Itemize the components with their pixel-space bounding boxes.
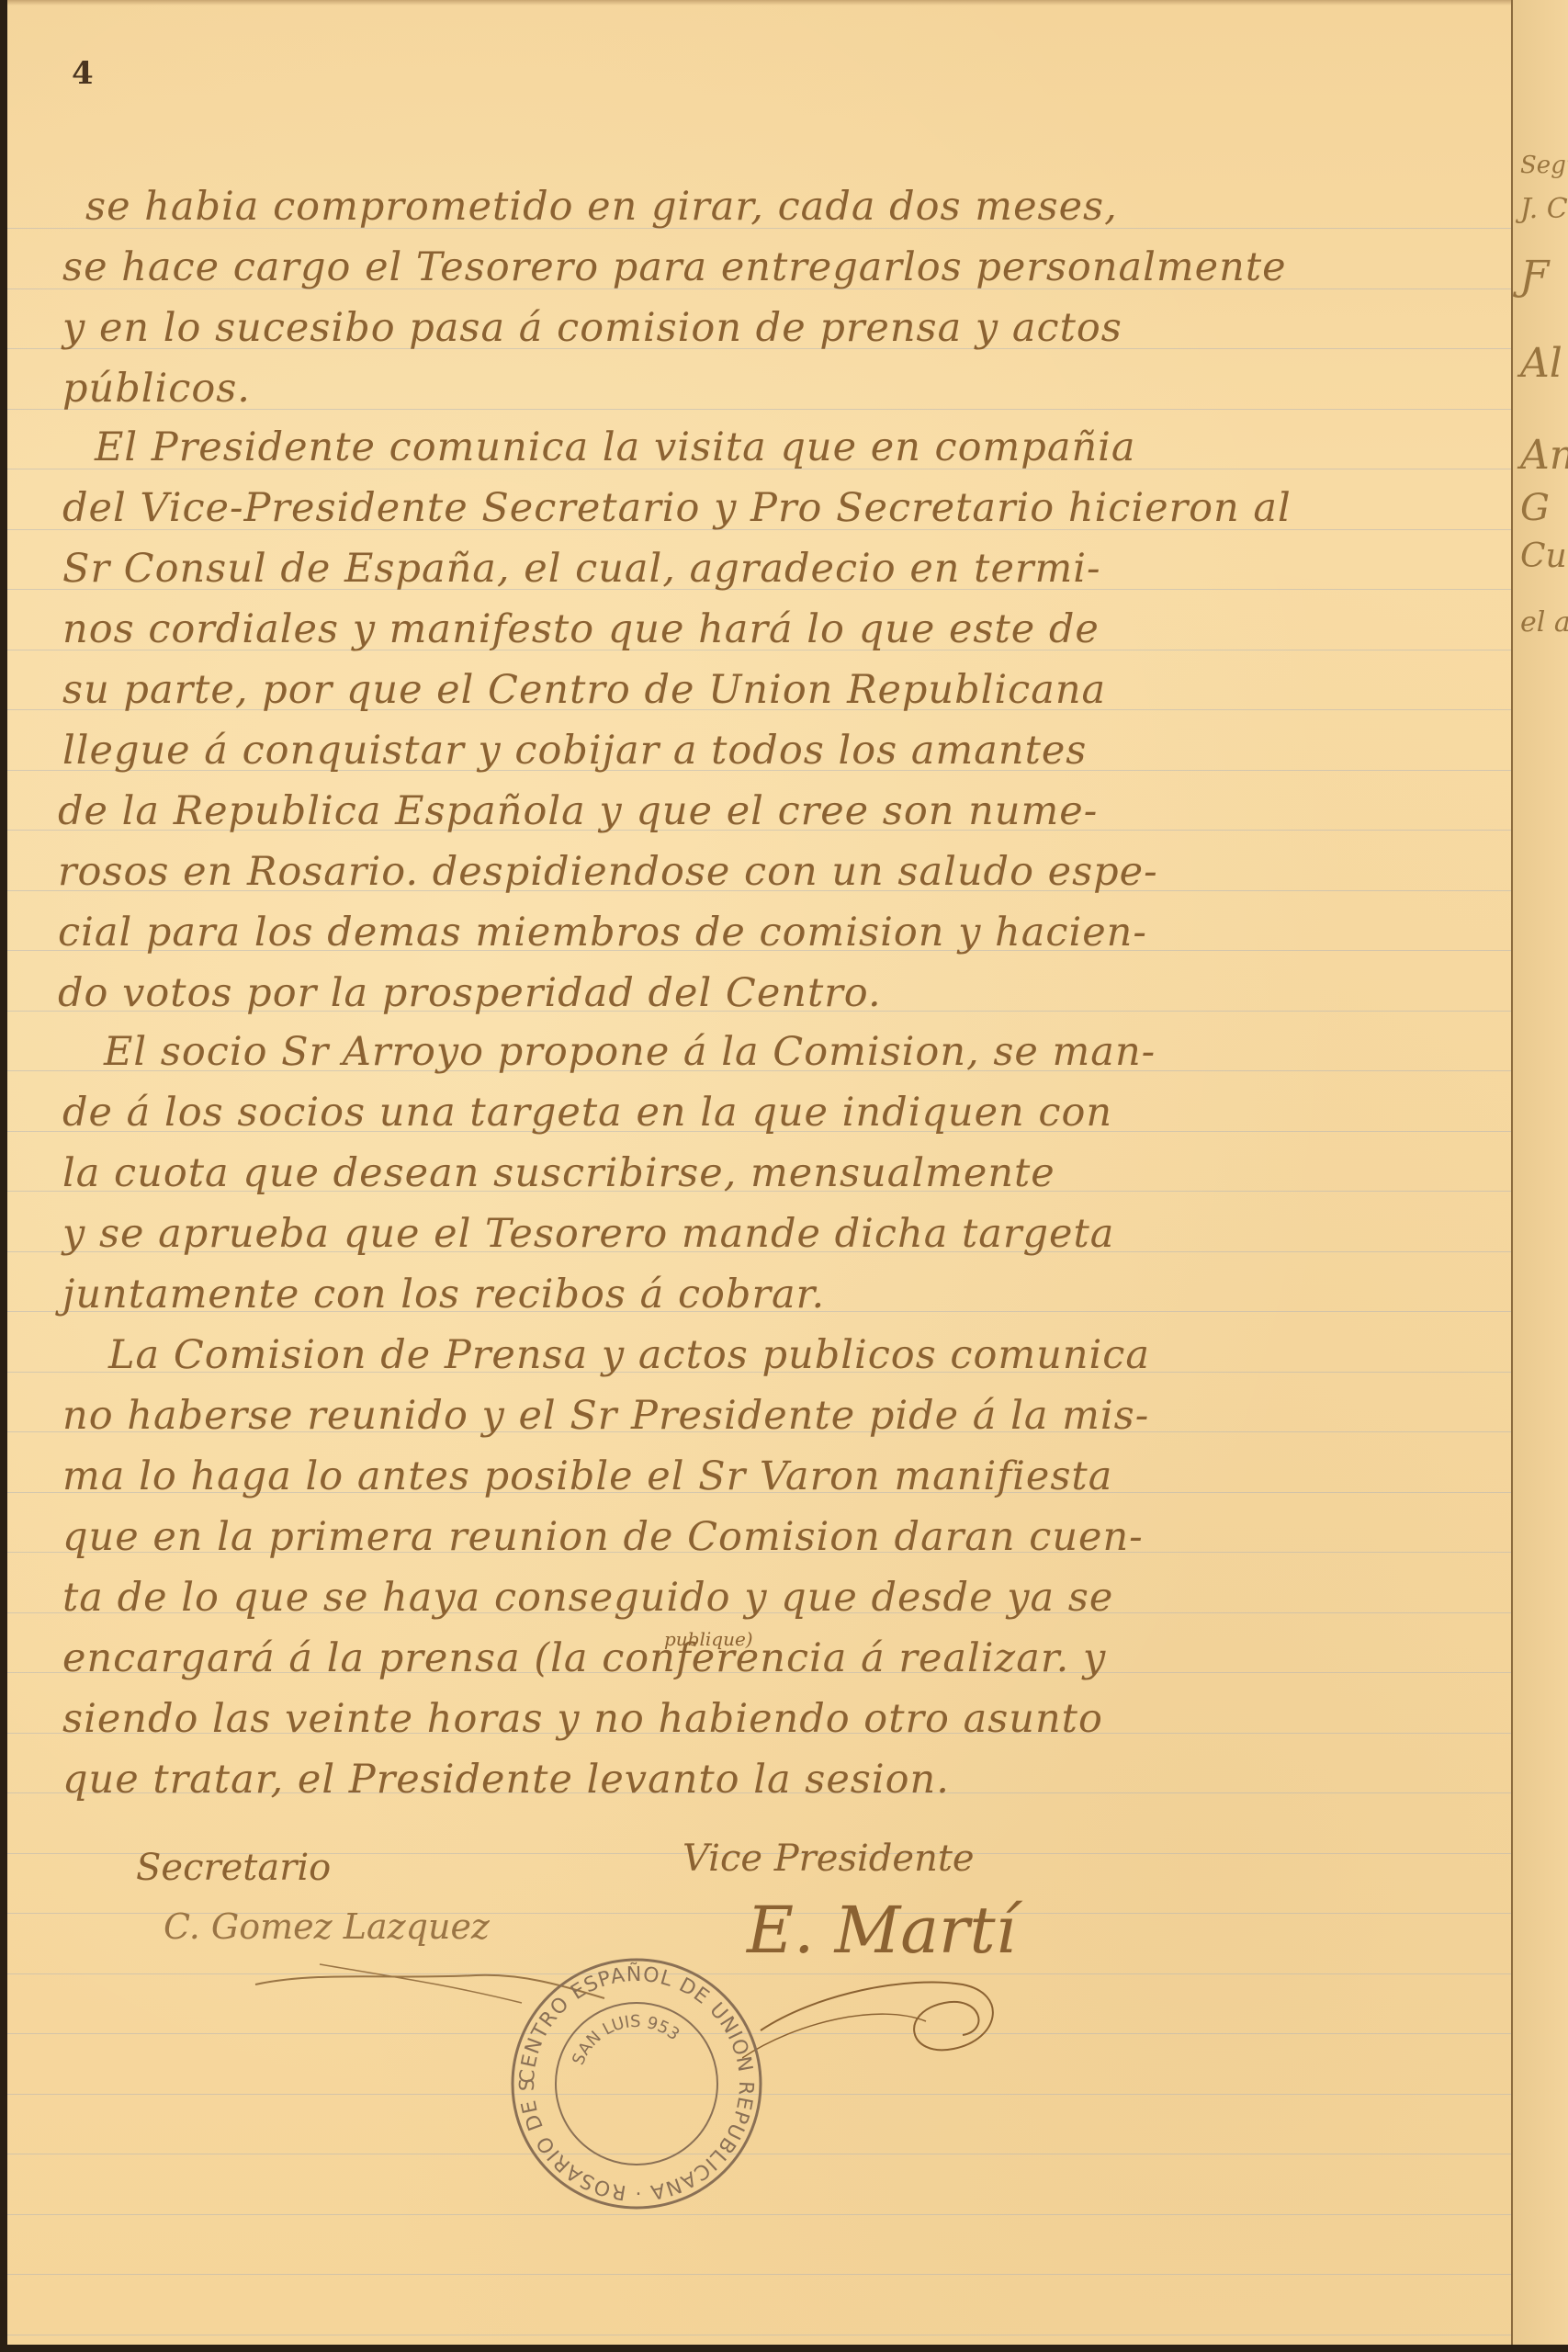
- text-line: juntamente con los recibos á cobrar.: [62, 1272, 825, 1317]
- text-line: que en la primera reunion de Comision da…: [62, 1514, 1144, 1560]
- book-bottom-edge: [0, 2345, 1568, 2352]
- text-line: llegue á conquistar y cobijar a todos lo…: [62, 728, 1087, 774]
- manuscript-page: 4 se habia comprometido en girar, cada d…: [7, 0, 1514, 2345]
- margin-text: Al: [1520, 340, 1562, 387]
- ruled-line: [7, 2274, 1514, 2275]
- margin-text: Am: [1520, 432, 1568, 479]
- adjacent-page-edge: Segun J. Ca Ƒ Al Am G Cu el ay: [1511, 0, 1568, 2345]
- margin-text: el ay: [1520, 606, 1568, 639]
- page-top-edge: [7, 0, 1514, 6]
- text-line: nos cordiales y manifesto que hará lo qu…: [62, 606, 1100, 652]
- text-line: públicos.: [62, 366, 251, 412]
- official-stamp: CENTRO ESPAÑOL DE UNION REPUBLICANA · RO…: [508, 1955, 765, 2212]
- margin-text: G: [1520, 487, 1550, 529]
- text-line: ma lo haga lo antes posible el Sr Varon …: [62, 1453, 1112, 1499]
- text-line: se hace cargo el Tesorero para entregarl…: [62, 244, 1287, 290]
- text-line: rosos en Rosario. despidiendose con un s…: [58, 849, 1158, 895]
- text-line: El Presidente comunica la visita que en …: [95, 424, 1136, 470]
- text-line: de la Republica Española y que el cree s…: [58, 788, 1098, 834]
- text-line: que tratar, el Presidente levanto la ses…: [62, 1757, 950, 1803]
- text-line: cial para los demas miembros de comision…: [58, 910, 1147, 955]
- text-line: siendo las veinte horas y no habiendo ot…: [62, 1696, 1103, 1742]
- text-line: y en lo sucesibo pasa á comision de pren…: [62, 305, 1122, 351]
- text-line: El socio Sr Arroyo propone á la Comision…: [104, 1029, 1156, 1075]
- text-line: do votos por la prosperidad del Centro.: [58, 970, 882, 1016]
- text-line: no haberse reunido y el Sr Presidente pi…: [62, 1393, 1149, 1439]
- ruled-line: [7, 2335, 1514, 2335]
- margin-text: J. Ca: [1520, 193, 1568, 225]
- text-line: su parte, por que el Centro de Union Rep…: [62, 667, 1106, 713]
- text-line: La Comision de Prensa y actos publicos c…: [108, 1332, 1150, 1378]
- page-number: 4: [72, 55, 94, 92]
- margin-text: Cu: [1520, 537, 1567, 575]
- book-spine: [0, 0, 7, 2352]
- text-line: y se aprueba que el Tesorero mande dicha…: [62, 1211, 1114, 1257]
- vice-president-flourish: [742, 1939, 1018, 2086]
- text-line: encargará á la prensa (la conferencia á …: [62, 1635, 1106, 1681]
- text-line: del Vice-Presidente Secretario y Pro Sec…: [62, 485, 1292, 531]
- text-line: la cuota que desean suscribirse, mensual…: [62, 1150, 1055, 1196]
- ruled-line: [7, 2214, 1514, 2215]
- secretary-signature: C. Gomez Lazquez: [164, 1906, 490, 1947]
- text-line: de á los socios una targeta en la que in…: [62, 1090, 1112, 1136]
- text-line: ta de lo que se haya conseguido y que de…: [62, 1575, 1113, 1621]
- secretary-label: Secretario: [136, 1847, 331, 1889]
- margin-text: Ƒ: [1520, 253, 1549, 300]
- margin-text: Segun: [1520, 152, 1568, 179]
- vice-president-label: Vice Presidente: [682, 1837, 975, 1880]
- text-line: Sr Consul de España, el cual, agradecio …: [62, 546, 1101, 592]
- text-line: se habia comprometido en girar, cada dos…: [85, 184, 1118, 230]
